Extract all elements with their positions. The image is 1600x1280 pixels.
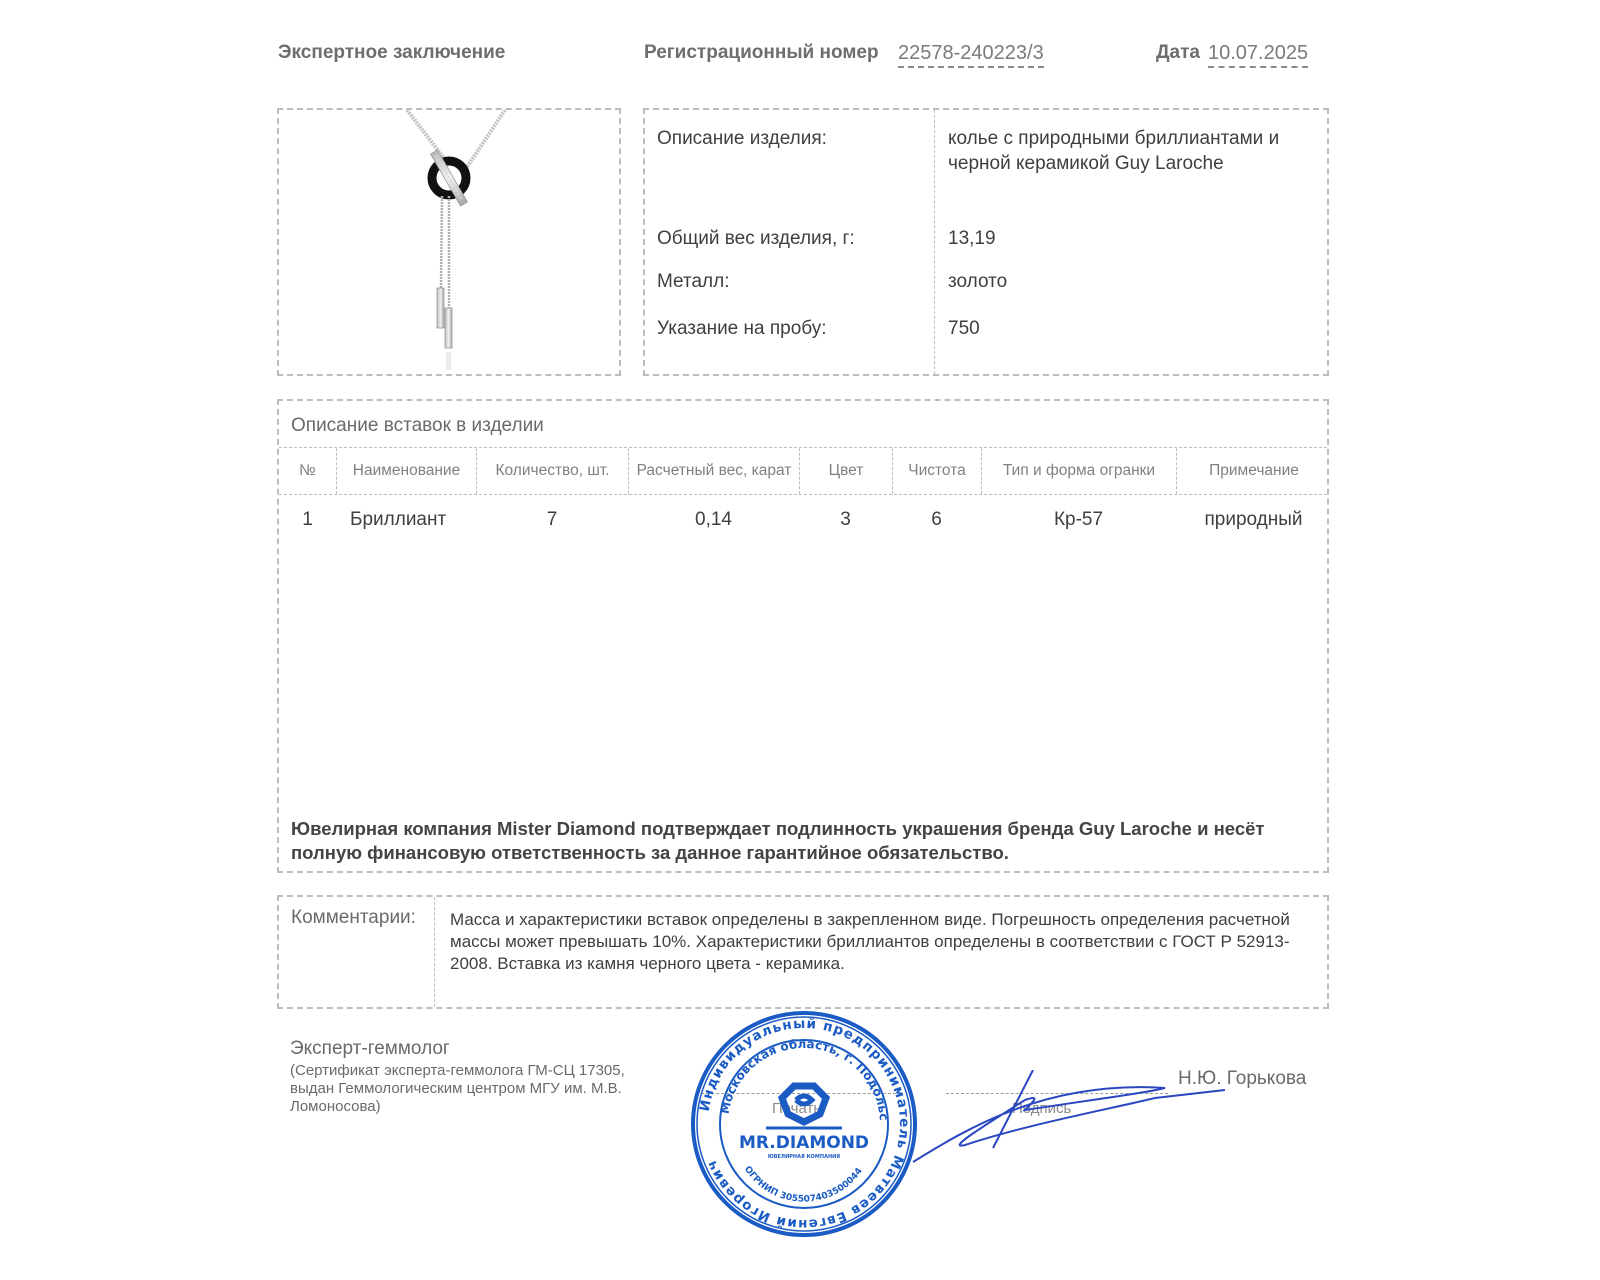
hallmark-label: Указание на пробу: <box>657 318 827 340</box>
table-cell: 7 <box>476 509 628 531</box>
description-label: Описание изделия: <box>657 128 827 150</box>
table-cell: Бриллиант <box>350 509 490 531</box>
column-header: Цвет <box>799 448 892 494</box>
column-header: Наименование <box>336 448 476 494</box>
necklace-image <box>279 110 619 374</box>
company-stamp: Индивидуальный предприниматель Матвеев Е… <box>690 1010 918 1238</box>
product-image-frame <box>277 108 621 376</box>
comments-panel: Комментарии: Масса и характеристики вста… <box>277 895 1329 1009</box>
inserts-title: Описание вставок в изделии <box>291 415 544 437</box>
table-cell: природный <box>1176 509 1331 531</box>
column-header: Примечание <box>1176 448 1331 494</box>
svg-text:ОГРНИП 305507403500044: ОГРНИП 305507403500044 <box>742 1165 865 1205</box>
guarantee-statement: Ювелирная компания Mister Diamond подтве… <box>291 817 1321 865</box>
date-label: Дата <box>1156 42 1200 64</box>
inserts-panel: Описание вставок в изделии №Наименование… <box>277 399 1329 873</box>
table-cell: Кр-57 <box>981 509 1176 531</box>
comments-label: Комментарии: <box>291 907 416 929</box>
inserts-table-header: №НаименованиеКоличество, шт.Расчетный ве… <box>279 447 1327 495</box>
description-value: колье с природными бриллиантами и черной… <box>948 126 1318 176</box>
column-divider <box>434 897 435 1007</box>
weight-value: 13,19 <box>948 226 1318 251</box>
date-value: 10.07.2025 <box>1208 42 1308 68</box>
svg-text:MR.DIAMOND: MR.DIAMOND <box>739 1133 869 1153</box>
metal-label: Металл: <box>657 271 729 293</box>
comments-text: Масса и характеристики вставок определен… <box>450 909 1320 975</box>
registration-number: 22578-240223/3 <box>898 42 1044 68</box>
registration-label: Регистрационный номер <box>644 42 879 64</box>
expert-certificate: (Сертификат эксперта-геммолога ГМ-СЦ 173… <box>290 1062 670 1116</box>
table-cell: 1 <box>279 509 336 531</box>
table-cell: 0,14 <box>628 509 799 531</box>
signature-scribble <box>905 1070 1245 1170</box>
table-cell: 6 <box>892 509 981 531</box>
svg-text:ЮВЕЛИРНАЯ КОМПАНИЯ: ЮВЕЛИРНАЯ КОМПАНИЯ <box>768 1154 840 1160</box>
expert-title: Эксперт-геммолог <box>290 1038 450 1060</box>
metal-value: золото <box>948 269 1318 294</box>
document-title: Экспертное заключение <box>278 42 505 64</box>
column-header: Чистота <box>892 448 981 494</box>
column-header: № <box>279 448 336 494</box>
column-header: Расчетный вес, карат <box>628 448 799 494</box>
item-info-panel: Описание изделия: колье с природными бри… <box>643 108 1329 376</box>
weight-label: Общий вес изделия, г: <box>657 228 855 250</box>
column-divider <box>934 110 935 374</box>
column-header: Количество, шт. <box>476 448 628 494</box>
column-header: Тип и форма огранки <box>981 448 1176 494</box>
table-cell: 3 <box>799 509 892 531</box>
hallmark-value: 750 <box>948 316 1318 341</box>
